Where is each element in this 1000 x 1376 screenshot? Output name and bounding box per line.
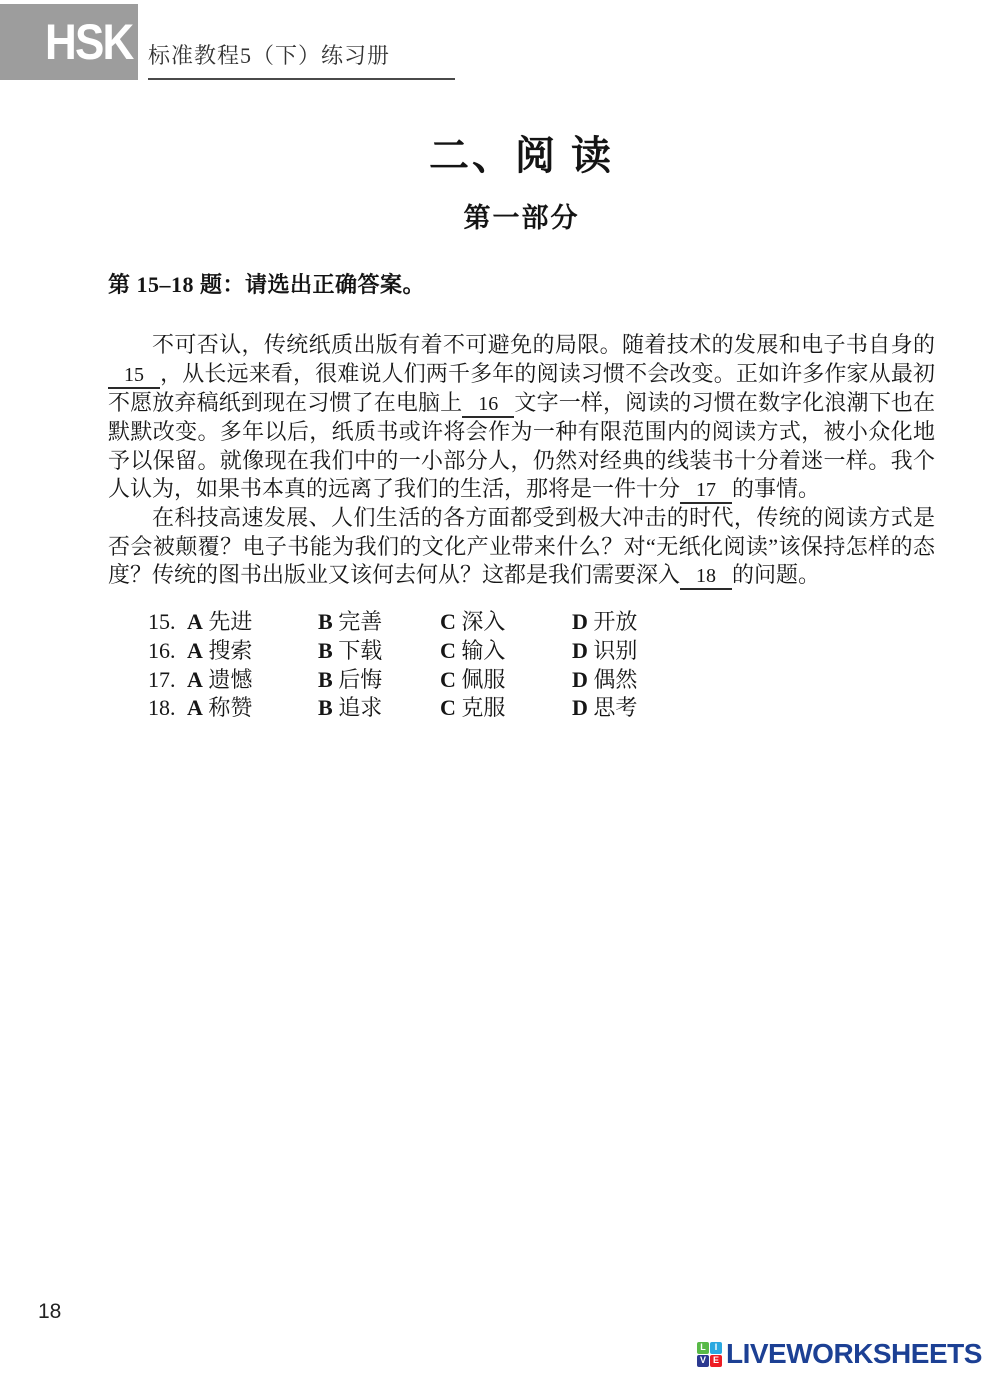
option-letter: D [572,609,588,634]
liveworksheets-tile-E: E [710,1355,722,1367]
option-letter: A [187,609,203,634]
page-number: 18 [38,1300,61,1324]
option-letter: C [440,609,456,634]
option-17-C: C 佩服 [440,666,572,695]
passage-text: 不可否认，传统纸质出版有着不可避免的局限。随着技术的发展和电子书自身的 [152,332,935,357]
liveworksheets-tile-I: I [710,1342,722,1354]
liveworksheets-tile-L: L [697,1342,709,1354]
page-content: 二、阅 读 第一部分 第 15–18 题：请选出正确答案。 不可否认，传统纸质出… [108,132,935,723]
option-16-C: C 输入 [440,637,572,666]
option-letter: B [318,609,333,634]
section-title: 二、阅 读 [108,132,935,180]
option-number: 17. [148,666,187,695]
option-18-C: C 克服 [440,694,572,723]
option-17-B: B 后悔 [318,666,440,695]
liveworksheets-tile-V: V [697,1355,709,1367]
option-17-D: D 偶然 [572,666,935,695]
option-17-A: A 遗憾 [187,666,318,695]
option-row: 18.A 称赞B 追求C 克服D 思考 [148,694,935,723]
option-15-D: D 开放 [572,608,935,637]
option-letter: C [440,667,456,692]
blank-17: 17 [680,478,732,504]
option-letter: B [318,638,333,663]
hsk-logo-text: HSK [45,17,133,67]
workbook-page: HSK 标准教程5（下）练习册 二、阅 读 第一部分 第 15–18 题：请选出… [0,0,1000,1376]
passage-text: 的事情。 [732,476,820,501]
page-header: HSK 标准教程5（下）练习册 [0,4,455,80]
blank-16: 16 [462,392,514,418]
option-row: 15.A 先进B 完善C 深入D 开放 [148,608,935,637]
passage-paragraph: 在科技高速发展、人们生活的各方面都受到极大冲击的时代，传统的阅读方式是否会被颠覆… [108,504,935,590]
option-letter: A [187,667,203,692]
option-18-D: D 思考 [572,694,935,723]
header-side: 标准教程5（下）练习册 [148,42,455,80]
option-letter: A [187,638,203,663]
option-row: 16.A 搜索B 下载C 输入D 识别 [148,637,935,666]
option-letter: D [572,695,588,720]
blank-18: 18 [680,564,732,590]
passage: 不可否认，传统纸质出版有着不可避免的局限。随着技术的发展和电子书自身的15，从长… [108,331,935,590]
option-number: 18. [148,694,187,723]
header-subtitle: 标准教程5（下）练习册 [148,42,455,71]
passage-text: 的问题。 [732,562,820,587]
option-letter: A [187,695,203,720]
passage-paragraph: 不可否认，传统纸质出版有着不可避免的局限。随着技术的发展和电子书自身的15，从长… [108,331,935,504]
option-16-A: A 搜索 [187,637,318,666]
liveworksheets-icon: LIVE [697,1342,722,1367]
hsk-logo: HSK [0,4,138,80]
option-letter: B [318,695,333,720]
option-number: 15. [148,608,187,637]
options-table: 15.A 先进B 完善C 深入D 开放16.A 搜索B 下载C 输入D 识别17… [148,608,935,722]
option-letter: C [440,638,456,663]
option-18-B: B 追求 [318,694,440,723]
blank-15: 15 [108,363,160,389]
option-number: 16. [148,637,187,666]
option-16-D: D 识别 [572,637,935,666]
option-15-C: C 深入 [440,608,572,637]
option-row: 17.A 遗憾B 后悔C 佩服D 偶然 [148,666,935,695]
part-title: 第一部分 [108,202,935,234]
header-rule [148,78,455,80]
instruction: 第 15–18 题：请选出正确答案。 [108,270,935,299]
option-letter: C [440,695,456,720]
option-letter: D [572,667,588,692]
option-18-A: A 称赞 [187,694,318,723]
liveworksheets-wordmark: LIVEWORKSHEETS [726,1340,982,1368]
liveworksheets-logo: LIVE LIVEWORKSHEETS [697,1340,982,1368]
option-15-A: A 先进 [187,608,318,637]
option-letter: B [318,667,333,692]
option-16-B: B 下载 [318,637,440,666]
option-15-B: B 完善 [318,608,440,637]
option-letter: D [572,638,588,663]
